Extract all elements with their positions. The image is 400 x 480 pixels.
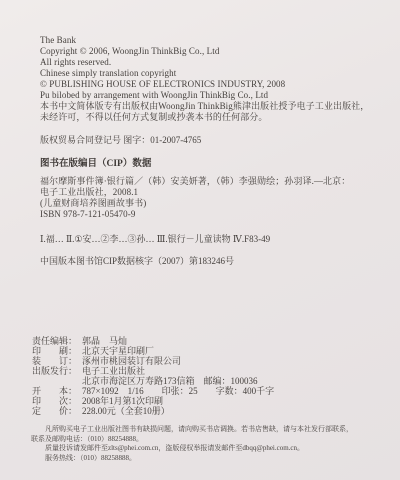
cip-heading: 图书在版编目（CIP）数据 (40, 159, 382, 170)
title-english: The Bank (40, 35, 382, 46)
book-copyright-page: The Bank Copyright © 2006, WoongJin Thin… (0, 0, 400, 480)
colophon-row-publisher: 出版发行： 电子工业出版社 (32, 366, 382, 376)
copyright-block: The Bank Copyright © 2006, WoongJin Thin… (40, 35, 382, 123)
cip-record-number: 中国版本图书馆CIP数据核字（2007）第183246号 (40, 256, 382, 267)
cip-publisher-line: 电子工业出版社，2008.1 (40, 187, 382, 198)
isbn-line: ISBN 978-7-121-05470-9 (40, 209, 382, 220)
colophon-row-printer: 印 刷： 北京天宇星印刷厂 (32, 346, 382, 356)
footer-note-email: 质量投诉请发邮件至zlts@phei.com.cn，盗版侵权举报请发邮件至dbq… (31, 444, 382, 454)
colophon-label (32, 376, 82, 386)
colophon-value: 电子工业出版社 (82, 366, 145, 376)
colophon-label: 定 价： (32, 406, 82, 416)
copyright-registration-number: 版权贸易合同登记号 图字：01-2007-4765 (40, 135, 382, 146)
footer-note-exchange: 凡所购买电子工业出版社图书有缺损问题，请向购买书店调换。若书店售缺，请与本社发行… (31, 425, 382, 435)
footer-notes-block: 凡所购买电子工业出版社图书有缺损问题，请向购买书店调换。若书店售缺，请与本社发行… (31, 425, 382, 463)
colophon-label: 印 次： (32, 396, 82, 406)
rights-reserved-line: All rights reserved. (40, 57, 382, 68)
colophon-value: 郭晶 马灿 (82, 336, 127, 346)
colophon-block: 责任编辑： 郭晶 马灿 印 刷： 北京天宇星印刷厂 装 订： 涿州市桃园装订有限… (32, 336, 382, 416)
translation-copyright-line: Chinese simply translation copyright (40, 68, 382, 79)
cip-classification-line: Ⅰ.福… Ⅱ.①安…②李…③孙… Ⅲ.银行－儿童读物 Ⅳ.F83-49 (40, 234, 382, 245)
colophon-label: 印 刷： (32, 346, 82, 356)
arrangement-line: Pu bilobed by arrangement with WoongJin … (40, 90, 382, 101)
footer-note-phone: 联系及邮购电话：（010）88254888。 (31, 435, 382, 445)
chinese-rights-line-1: 本书中文简体版专有出版权由WoongJin ThinkBig熊津出版社授予电子工… (40, 101, 382, 112)
colophon-label: 责任编辑： (32, 336, 82, 346)
footer-note-hotline: 服务热线：（010）88258888。 (31, 454, 382, 464)
colophon-row-impression: 印 次： 2008年1月第1次印刷 (32, 396, 382, 406)
copyright-line: Copyright © 2006, WoongJin ThinkBig Co.,… (40, 46, 382, 57)
colophon-value: 787×1092 1/16 印张：25 字数：400千字 (82, 386, 274, 396)
colophon-label: 开 本： (32, 386, 82, 396)
colophon-value: 北京天宇星印刷厂 (82, 346, 154, 356)
chinese-rights-line-2: 未经许可，不得以任何方式复制或抄袭本书的任何部分。 (40, 112, 382, 123)
colophon-row-address: 北京市海淀区万寿路173信箱 邮编：100036 (32, 376, 382, 386)
colophon-row-format: 开 本： 787×1092 1/16 印张：25 字数：400千字 (32, 386, 382, 396)
colophon-row-price: 定 价： 228.00元（全套10册） (32, 406, 382, 416)
colophon-row-editor: 责任编辑： 郭晶 马灿 (32, 336, 382, 346)
colophon-value: 228.00元（全套10册） (82, 406, 170, 416)
colophon-row-binder: 装 订： 涿州市桃园装订有限公司 (32, 356, 382, 366)
colophon-label: 出版发行： (32, 366, 82, 376)
colophon-label: 装 订： (32, 356, 82, 366)
cip-description-block: 福尔摩斯事件簿·银行篇／（韩）安美妍著，（韩）李强勋绘；孙羽译.—北京： 电子工… (40, 176, 382, 220)
cip-title-line: 福尔摩斯事件簿·银行篇／（韩）安美妍著，（韩）李强勋绘；孙羽译.—北京： (40, 176, 382, 187)
cip-series-line: (儿童财商培养图画故事书) (40, 198, 382, 209)
colophon-value: 北京市海淀区万寿路173信箱 邮编：100036 (82, 376, 258, 386)
colophon-value: 2008年1月第1次印刷 (82, 396, 163, 406)
publisher-copyright-line: © PUBLISHING HOUSE OF ELECTRONICS INDUST… (40, 79, 382, 90)
colophon-value: 涿州市桃园装订有限公司 (82, 356, 181, 366)
